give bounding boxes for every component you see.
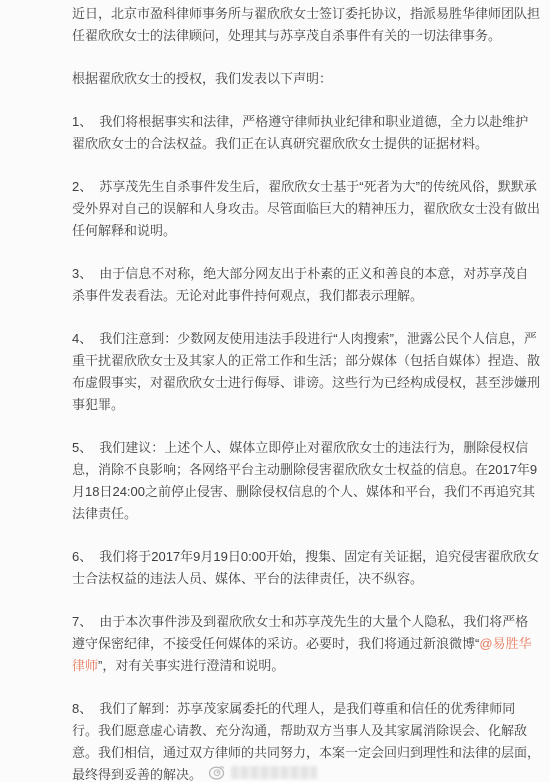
statement-item-8: 8、我们了解到：苏享茂家属委托的代理人，是我们尊重和信任的优秀律师同行。我们愿意… (72, 698, 540, 782)
item-text: 我们将根据事实和法律，严格遵守律师执业纪律和职业道德，全力以赴维护翟欣欣女士的合… (72, 114, 528, 151)
footer-watermark (208, 764, 317, 781)
item-text: ”，对有关事实进行澄清和说明。 (98, 658, 284, 673)
statement-item-2: 2、苏享茂先生自杀事件发生后，翟欣欣女士基于“死者为大”的传统风俗，默默承受外界… (72, 176, 540, 242)
item-number: 6、 (72, 549, 99, 564)
item-number: 1、 (72, 114, 99, 129)
item-text: 由于本次事件涉及到翟欣欣女士和苏享茂先生的大量个人隐私，我们将严格遵守保密纪律，… (72, 614, 528, 651)
statement-item-3: 3、由于信息不对称，绝大部分网友出于朴素的正义和善良的本意，对苏享茂自杀事件发表… (72, 263, 540, 307)
item-number: 3、 (72, 266, 99, 281)
authorization-line: 根据翟欣欣女士的授权，我们发表以下声明： (72, 68, 540, 90)
item-number: 2、 (72, 179, 99, 194)
item-number: 4、 (72, 331, 99, 346)
item-number: 8、 (72, 701, 99, 716)
weibo-icon (208, 764, 225, 781)
item-number: 7、 (72, 614, 99, 629)
item-text: 我们注意到：少数网友使用违法手段进行“人肉搜索”，泄露公民个人信息，严重干扰翟欣… (72, 331, 540, 412)
statement-item-5: 5、我们建议：上述个人、媒体立即停止对翟欣欣女士的违法行为，删除侵权信息，消除不… (72, 437, 540, 525)
item-text: 由于信息不对称，绝大部分网友出于朴素的正义和善良的本意，对苏享茂自杀事件发表看法… (72, 266, 528, 303)
statement-item-1: 1、我们将根据事实和法律，严格遵守律师执业纪律和职业道德，全力以赴维护翟欣欣女士… (72, 111, 540, 155)
item-number: 5、 (72, 440, 99, 455)
watermark-blurred-text (231, 766, 317, 779)
item-text: 苏享茂先生自杀事件发生后，翟欣欣女士基于“死者为大”的传统风俗，默默承受外界对自… (72, 179, 540, 238)
statement-item-4: 4、我们注意到：少数网友使用违法手段进行“人肉搜索”，泄露公民个人信息，严重干扰… (72, 328, 540, 416)
item-text: 我们建议：上述个人、媒体立即停止对翟欣欣女士的违法行为，删除侵权信息，消除不良影… (72, 440, 537, 521)
statement-item-7: 7、由于本次事件涉及到翟欣欣女士和苏享茂先生的大量个人隐私，我们将严格遵守保密纪… (72, 611, 540, 677)
item-text: 我们将于2017年9月19日0:00开始，搜集、固定有关证据，追究侵害翟欣欣女士… (72, 549, 539, 586)
statement-item-6: 6、我们将于2017年9月19日0:00开始，搜集、固定有关证据，追究侵害翟欣欣… (72, 546, 540, 590)
intro-paragraph: 近日，北京市盈科律师事务所与翟欣欣女士签订委托协议，指派易胜华律师团队担任翟欣欣… (72, 3, 540, 47)
statement-document: 近日，北京市盈科律师事务所与翟欣欣女士签订委托协议，指派易胜华律师团队担任翟欣欣… (0, 0, 550, 782)
